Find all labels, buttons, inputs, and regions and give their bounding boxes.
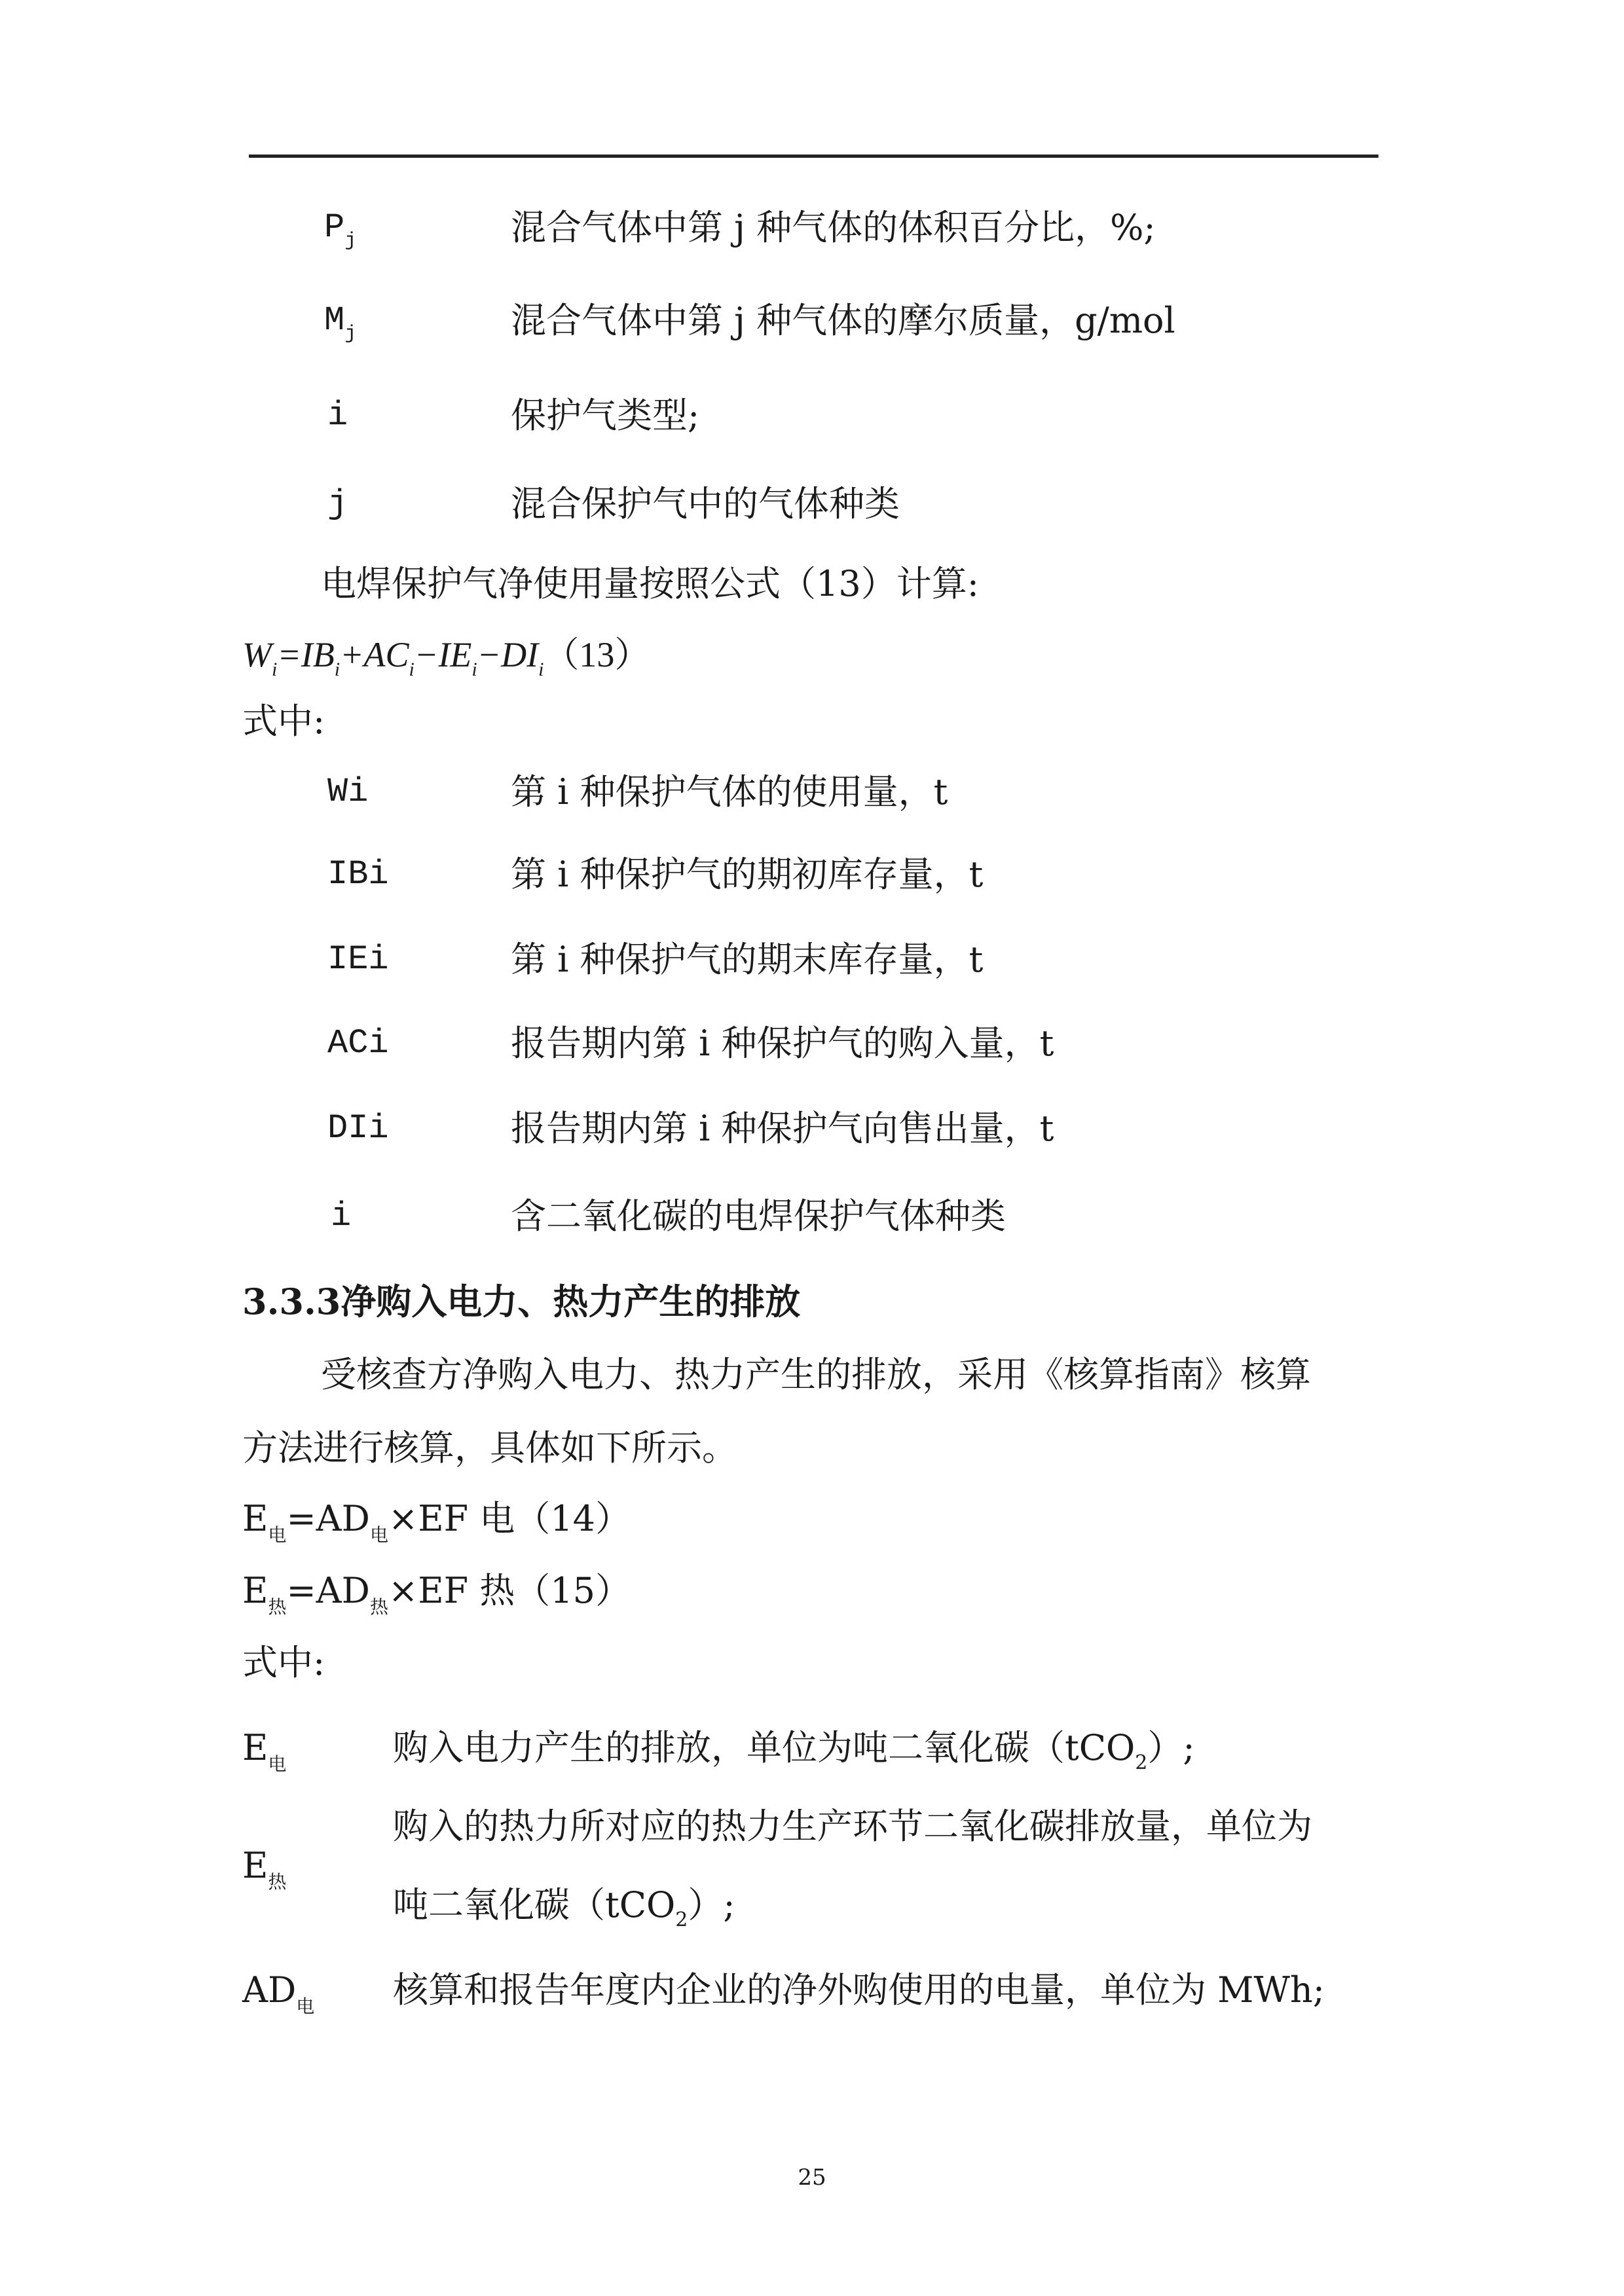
definition-e-elec: 购入电力产生的排放，单位为吨二氧化碳（tCO2）; bbox=[393, 1728, 1195, 1783]
symbol-wi: Wi bbox=[327, 773, 368, 812]
where-label-1: 式中: bbox=[242, 702, 325, 741]
formula-14: E电=AD电×EF 电（14） bbox=[242, 1499, 631, 1555]
symbol-mj: Mj bbox=[324, 301, 356, 354]
definition-pj: 混合气体中第 j 种气体的体积百分比，%; bbox=[511, 208, 1156, 247]
definition-i-co2: 含二氧化碳的电焊保护气体种类 bbox=[511, 1197, 1006, 1236]
section-heading-3-3-3: 3.3.3净购入电力、热力产生的排放 bbox=[242, 1282, 800, 1321]
definition-ad-elec: 核算和报告年度内企业的净外购使用的电量，单位为 MWh; bbox=[393, 1971, 1325, 2010]
symbol-e-heat: E热 bbox=[242, 1846, 286, 1902]
formula-13-intro: 电焊保护气净使用量按照公式（13）计算: bbox=[321, 564, 979, 604]
definition-j: 混合保护气中的气体种类 bbox=[511, 484, 900, 524]
symbol-i: i bbox=[327, 396, 348, 435]
symbol-e-elec: E电 bbox=[242, 1728, 286, 1784]
symbol-dii: DIi bbox=[327, 1109, 389, 1148]
where-label-2: 式中: bbox=[242, 1643, 325, 1683]
definition-i: 保护气类型; bbox=[511, 396, 699, 435]
symbol-pj: Pj bbox=[324, 208, 356, 261]
symbol-ibi: IBi bbox=[327, 855, 389, 894]
symbol-aci: ACi bbox=[327, 1024, 389, 1063]
symbol-ad-elec: AD电 bbox=[242, 1971, 314, 2026]
formula-15: E热=AD热×EF 热（15） bbox=[242, 1571, 631, 1627]
definition-wi: 第 i 种保护气体的使用量，t bbox=[511, 773, 948, 812]
paragraph-line-2: 方法进行核算，具体如下所示。 bbox=[242, 1429, 737, 1468]
symbol-j: j bbox=[327, 484, 348, 524]
paragraph-line-1: 受核查方净购入电力、热力产生的排放，采用《核算指南》核算 bbox=[321, 1355, 1311, 1394]
definition-e-heat-line2: 吨二氧化碳（tCO2）; bbox=[393, 1886, 735, 1940]
definition-iei: 第 i 种保护气的期末库存量，t bbox=[511, 940, 983, 979]
definition-ibi: 第 i 种保护气的期初库存量，t bbox=[511, 855, 983, 894]
definition-mj: 混合气体中第 j 种气体的摩尔质量，g/mol bbox=[511, 301, 1175, 340]
symbol-iei: IEi bbox=[327, 940, 389, 979]
header-rule bbox=[249, 155, 1378, 158]
symbol-i-co2: i bbox=[331, 1197, 351, 1236]
formula-13: Wi=IBi+ACi−IEi−DIi（13） bbox=[242, 635, 650, 689]
page-number: 25 bbox=[798, 2164, 826, 2191]
definition-aci: 报告期内第 i 种保护气的购入量，t bbox=[511, 1024, 1054, 1063]
definition-dii: 报告期内第 i 种保护气向售出量，t bbox=[511, 1109, 1054, 1148]
definition-e-heat-line1: 购入的热力所对应的热力生产环节二氧化碳排放量，单位为 bbox=[393, 1807, 1312, 1846]
